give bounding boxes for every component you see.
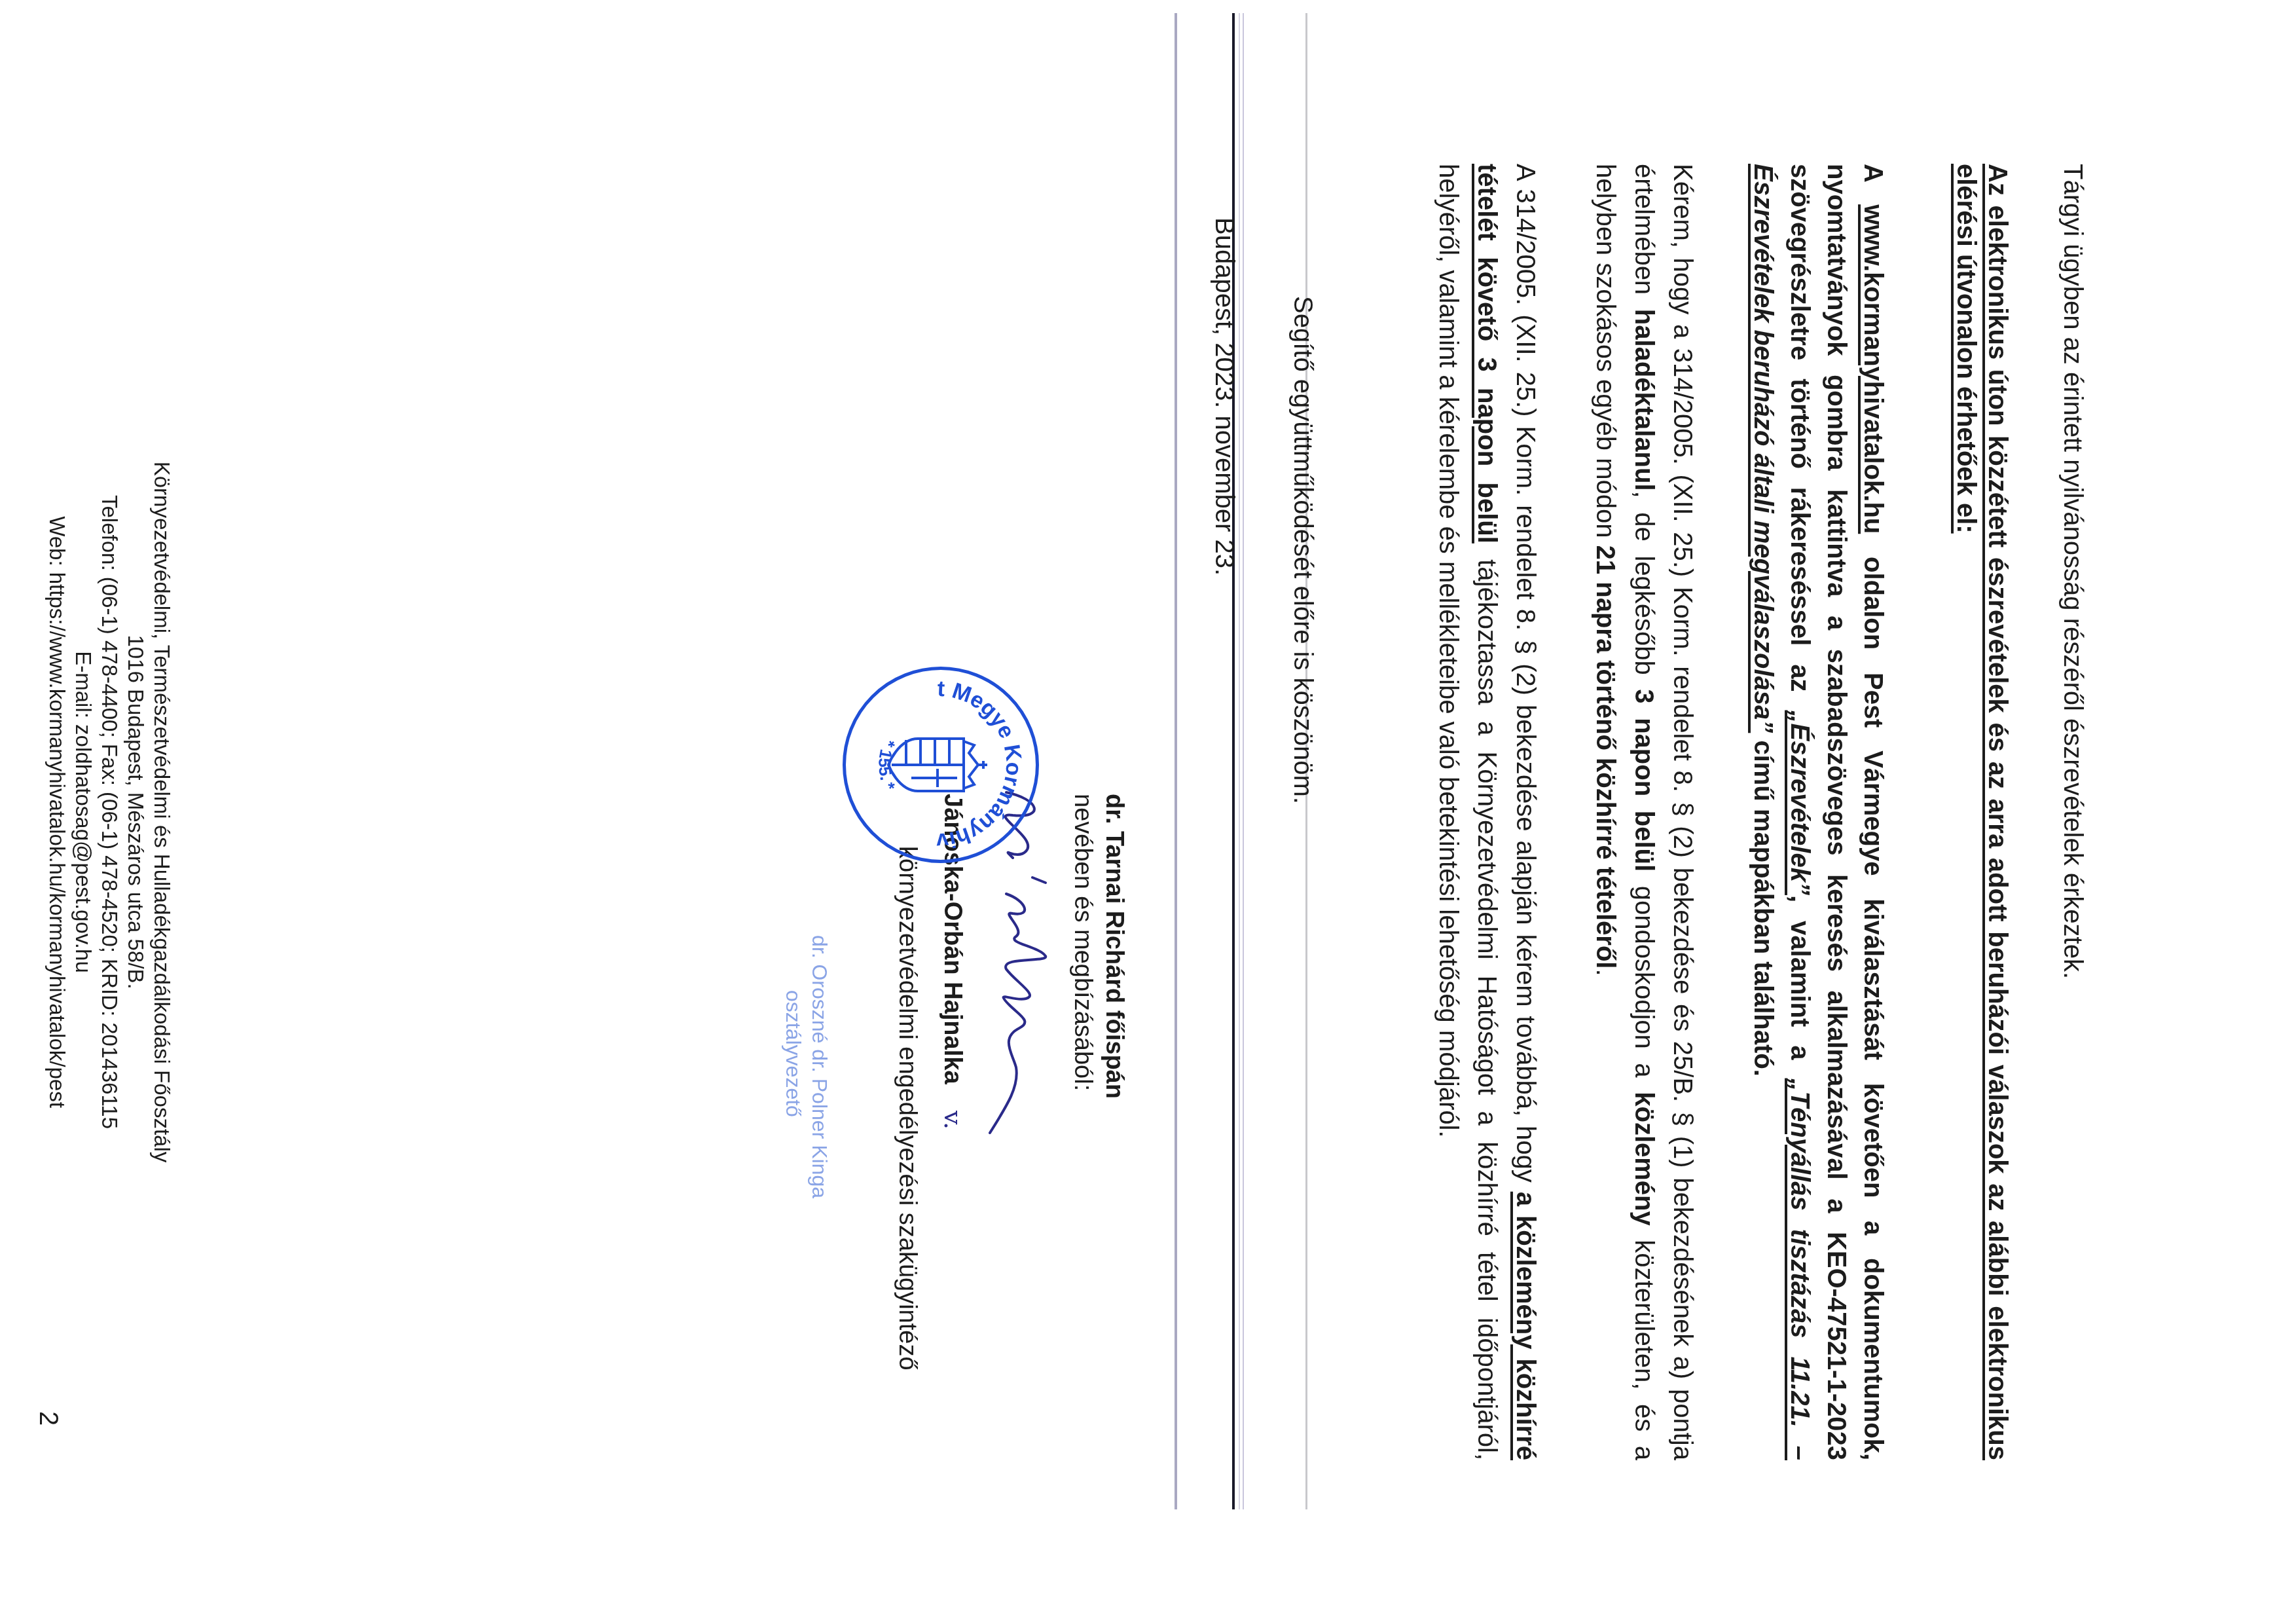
coat-of-arms-icon: Pest Megye Kormányhivatal * 155. * [846, 670, 1036, 860]
scan-line [1175, 13, 1177, 1509]
para2-bold-4: 21 napra történő közhírré tételéről [1591, 545, 1620, 969]
footer-email[interactable]: E-mail: zoldhatosag@pest.gov.hu [70, 0, 96, 1624]
para1-prefix: A [1859, 164, 1887, 204]
official-stamp: Pest Megye Kormányhivatal * 155. * [843, 667, 1039, 863]
folder-name-eszrevetelek: „Észrevételek” [1785, 710, 1814, 895]
paragraph-request: Kérem, hogy a 314/2005. (XII. 25.) Korm.… [1586, 164, 1702, 1460]
para2-text-5: . [1591, 969, 1620, 976]
footer-department: Környezetvédelmi, Természetvédelmi és Hu… [149, 0, 175, 1624]
para1-suffix: című mappákban található. [1749, 733, 1777, 1077]
para2-text-3: gondoskodjon a [1630, 872, 1658, 1092]
department-head-title: osztályvezető [778, 990, 809, 1117]
section-heading-text: Az elektronikus úton közzétett észrevéte… [1952, 164, 2012, 1460]
closing-text: Segítő együttműködését előre is köszönöm… [1288, 296, 1318, 804]
website-link[interactable]: www.kormanyhivatalok.hu [1859, 204, 1887, 534]
footer-address: 1016 Budapest, Mészáros utca 58/B. [122, 0, 149, 1624]
para2-text-2: , de legkésőbb [1630, 491, 1658, 690]
page-number: 2 [33, 1411, 64, 1426]
footer-phone: Telefon: (06-1) 478-4400; Fax: (06-1) 47… [96, 0, 122, 1624]
document-page: Tárgyi ügyben az érintett nyilvánosság r… [0, 0, 2296, 1624]
scan-line [1243, 13, 1244, 1509]
footer-web[interactable]: Web: https://www.kormanyhivatalok.hu/kor… [44, 0, 70, 1624]
paragraph-access-path: A www.kormanyhivatalok.hu oldalon Pest V… [1745, 164, 1891, 1460]
on-behalf-name: dr. Tarnai Richárd főispán [1099, 794, 1129, 1099]
signer-mark: v. [939, 1111, 968, 1130]
para2-bold-3: közlemény [1630, 1092, 1658, 1226]
section-heading: Az elektronikus úton közzétett észrevéte… [1950, 164, 2013, 1460]
department-head-name: dr. Oroszné dr. Polner Kinga [805, 935, 835, 1198]
paragraph-notification: A 314/2005. (XII. 25.) Korm. rendelet 8.… [1429, 164, 1544, 1460]
date-place: Budapest, 2023. november 23. [1209, 217, 1239, 576]
para1-connector: , valamint a [1785, 895, 1814, 1079]
para2-bold-2: 3 napon belül [1630, 689, 1658, 872]
signer-title: környezetvédelmi engedélyezési szakügyin… [892, 846, 922, 1371]
intro-text: Tárgyi ügyben az érintett nyilvánosság r… [2058, 164, 2088, 979]
para2-bold-1: haladéktalanul [1630, 309, 1658, 491]
para3-text-1: A 314/2005. (XII. 25.) Korm. rendelet 8.… [1511, 164, 1540, 1192]
